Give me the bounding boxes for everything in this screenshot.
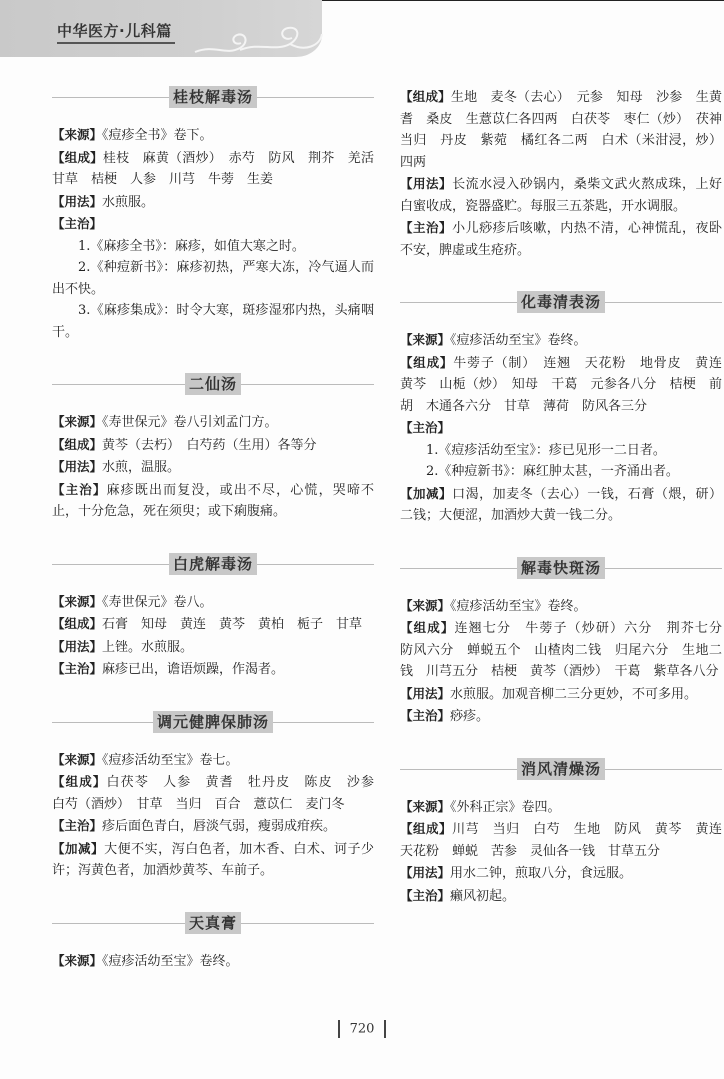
entry-source: 【来源】《痘疹活幼至宝》卷终。 [52, 950, 374, 973]
entry-modification: 【加减】大便不实，泻白色者，加木香、白术、诃子少许；泻黄色者，加酒炒黄芩、车前子… [52, 838, 374, 882]
entry-usage: 【用法】上锉。水煎服。 [52, 636, 374, 659]
entry-usage: 【用法】水煎服。加观音柳二三分更妙，不可多用。 [400, 683, 722, 706]
entry-usage: 【用法】长流水浸入砂锅内，桑柴文武火熬成珠，上好白蜜收成，瓷器盛贮。每服三五茶匙… [400, 173, 722, 217]
entry-indication: 【主治】癞风初起。 [400, 885, 722, 908]
section-title-tiaoyuan: 调元健脾保肺汤 [52, 711, 374, 733]
entry-source: 【来源】《痘疹活幼至宝》卷终。 [400, 329, 722, 352]
section-title-tianzhen: 天真膏 [52, 912, 374, 934]
entry-composition: 【组成】黄芩（去朽） 白芍药（生用）各等分 [52, 434, 374, 457]
entry-source: 【来源】《寿世保元》卷八引刘孟门方。 [52, 411, 374, 434]
entry-indication: 【主治】小儿痧疹后咳嗽，内热不清，心神慌乱，夜卧不安，脾虚或生疮疥。 [400, 217, 722, 261]
entry-source: 【来源】《外科正宗》卷四。 [400, 796, 722, 819]
entry-indication: 【主治】痧疹。 [400, 705, 722, 728]
entry-composition: 【组成】石膏 知母 黄连 黄芩 黄柏 栀子 甘草 [52, 613, 374, 636]
entry-composition: 【组成】桂枝 麻黄（酒炒） 赤芍 防风 荆芥 羌活 甘草 桔梗 人参 川芎 牛蒡… [52, 147, 374, 191]
indication-item: 1.《痘疹活幼至宝》：疹已见形一二日者。 [400, 440, 722, 462]
running-header-band: 中华医方·儿科篇 [0, 0, 322, 57]
indication-item: 2.《种痘新书》：麻红肿太甚，一齐涌出者。 [400, 461, 722, 483]
entry-source: 【来源】《痘疹活幼至宝》卷终。 [400, 595, 722, 618]
section-title-xiaofeng: 消风清燥汤 [400, 758, 722, 780]
footer-bar-left [338, 1020, 340, 1038]
entry-usage: 【用法】水煎服。 [52, 191, 374, 214]
entry-indication: 【主治】 [52, 213, 374, 236]
right-column: 【组成】生地 麦冬（去心） 元参 知母 沙参 生黄耆 桑皮 生薏苡仁各四两 白茯… [400, 86, 722, 907]
section-title-jiedu: 解毒快斑汤 [400, 557, 722, 579]
entry-source: 【来源】《寿世保元》卷八。 [52, 591, 374, 614]
section-title-huadu: 化毒清表汤 [400, 291, 722, 313]
entry-composition: 【组成】牛蒡子（制） 连翘 天花粉 地骨皮 黄连 黄芩 山栀（炒） 知母 干葛 … [400, 352, 722, 418]
indication-item: 2.《种痘新书》：麻疹初热，严寒大冻，冷气逼人而出不快。 [52, 257, 374, 300]
entry-indication: 【主治】麻疹已出，谵语烦躁，作渴者。 [52, 658, 374, 681]
page-number: 720 [350, 1022, 375, 1037]
cloud-swirl-icon [190, 22, 330, 62]
entry-indication: 【主治】疹后面色青白，唇淡气弱，瘦弱成疳疾。 [52, 815, 374, 838]
entry-usage: 【用法】水煎，温服。 [52, 456, 374, 479]
left-column: 桂枝解毒汤 【来源】《痘疹全书》卷下。 【组成】桂枝 麻黄（酒炒） 赤芍 防风 … [52, 86, 374, 972]
entry-modification: 【加减】口渴，加麦冬（去心）一钱，石膏（煨，研）二钱；大便涩，加酒炒大黄一钱二分… [400, 483, 722, 527]
header-underline [57, 42, 175, 44]
section-title-guizhi: 桂枝解毒汤 [52, 86, 374, 108]
entry-composition: 【组成】连翘七分 牛蒡子（炒研）六分 荆芥七分 防风六分 蝉蜕五个 山楂肉二钱 … [400, 617, 722, 683]
entry-composition: 【组成】白茯苓 人参 黄耆 牡丹皮 陈皮 沙参 白芍（酒炒） 甘草 当归 百合 … [52, 771, 374, 815]
entry-composition: 【组成】川芎 当归 白芍 生地 防风 黄芩 黄连 天花粉 蝉蜕 苦参 灵仙各一钱… [400, 818, 722, 862]
entry-indication: 【主治】 [400, 417, 722, 440]
entry-composition: 【组成】生地 麦冬（去心） 元参 知母 沙参 生黄耆 桑皮 生薏苡仁各四两 白茯… [400, 86, 722, 173]
entry-indication: 【主治】麻疹既出而复没，或出不尽，心慌，哭啼不止，十分危急，死在须臾；或下痢腹痛… [52, 479, 374, 523]
entry-source: 【来源】《痘疹全书》卷下。 [52, 124, 374, 147]
footer-bar-right [384, 1020, 386, 1038]
section-title-erxian: 二仙汤 [52, 373, 374, 395]
page-footer: 720 [0, 1020, 724, 1038]
entry-usage: 【用法】用水二钟，煎取八分，食远服。 [400, 862, 722, 885]
indication-item: 3.《麻疹集成》：时令大寒，斑疹湿邪内热，头痛咽干。 [52, 300, 374, 343]
indication-item: 1.《麻疹全书》：麻疹，如值大寒之时。 [52, 236, 374, 258]
entry-source: 【来源】《痘疹活幼至宝》卷七。 [52, 749, 374, 772]
section-title-baihu: 白虎解毒汤 [52, 553, 374, 575]
running-header-title: 中华医方·儿科篇 [57, 20, 172, 41]
